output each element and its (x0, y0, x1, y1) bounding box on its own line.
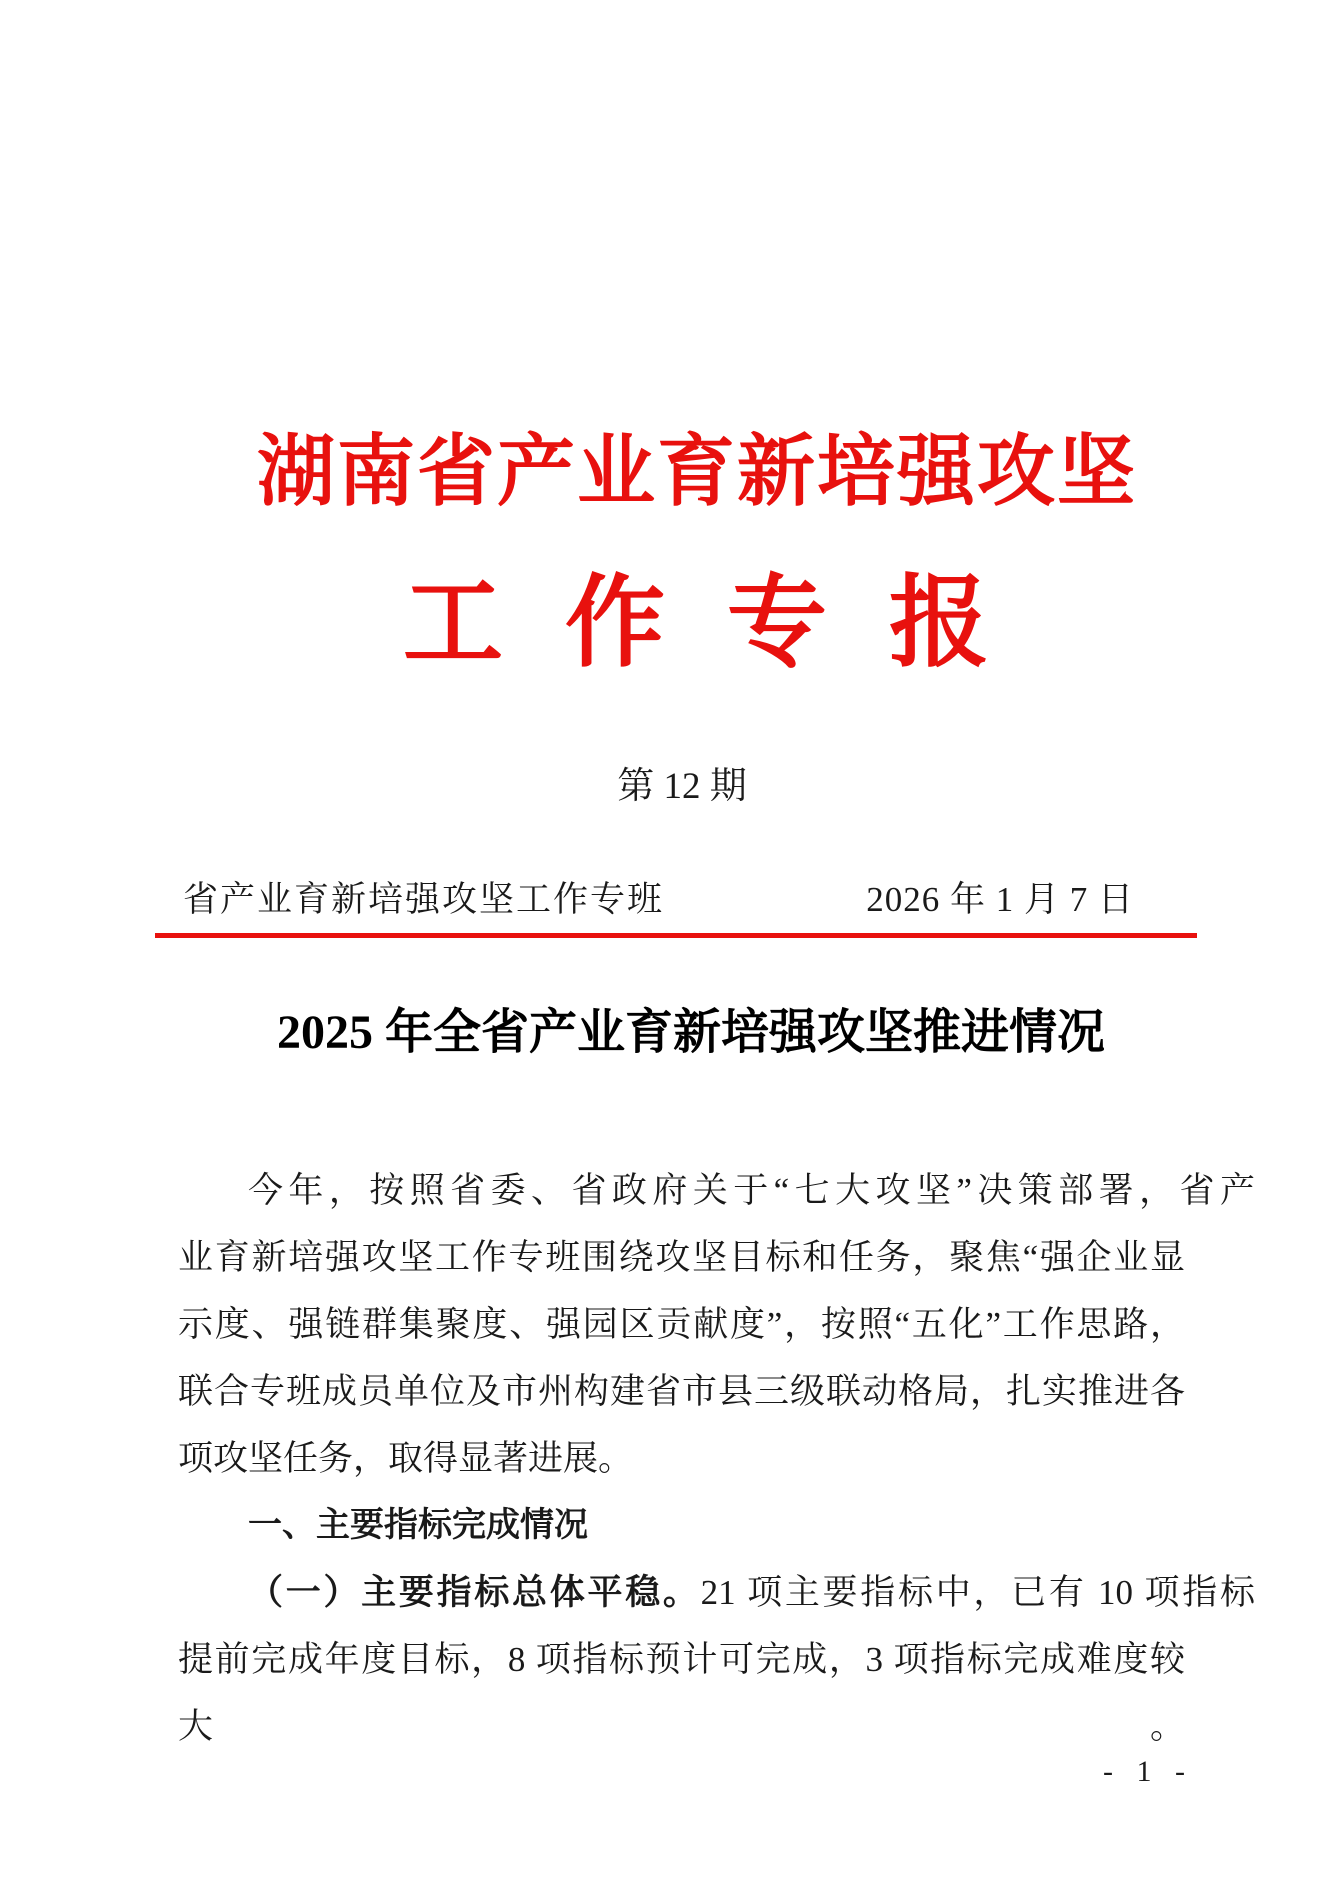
paragraph-line: 项攻坚任务，取得显著进展。 (178, 1425, 1185, 1492)
issuer-name: 省产业育新培强攻坚工作专班 (183, 874, 664, 926)
masthead-title-line1: 湖南省产业育新培强攻坚 (30, 428, 1334, 516)
paragraph-text: 21 项主要指标中，已有 10 项指标 (701, 1573, 1255, 1612)
issue-number: 第 12 期 (15, 763, 1334, 811)
paragraph-line: 联合专班成员单位及市州构建省市县三级联动格局，扎实推进各 (178, 1358, 1185, 1425)
issue-date: 2026 年 1 月 7 日 (866, 874, 1134, 926)
page-number: - 1 - (1103, 1754, 1193, 1790)
paragraph-lead: （一）主要指标总体平稳。 (248, 1573, 701, 1612)
paragraph-line: 今年，按照省委、省政府关于“七大攻坚”决策部署，省产 (178, 1157, 1255, 1224)
paragraph-line: （一）主要指标总体平稳。21 项主要指标中，已有 10 项指标 (178, 1559, 1255, 1626)
paragraph-line: 业育新培强攻坚工作专班围绕攻坚目标和任务，聚焦“强企业显 (178, 1224, 1185, 1291)
red-divider-rule (155, 933, 1197, 938)
paragraph-line: 示度、强链群集聚度、强园区贡献度”，按照“五化”工作思路， (178, 1291, 1185, 1358)
section-heading: 一、主要指标完成情况 (178, 1492, 1255, 1559)
paragraph-line: 提前完成年度目标，8 项指标预计可完成，3 项指标完成难度较大。 (178, 1626, 1185, 1760)
issue-info-row: 省产业育新培强攻坚工作专班 2026 年 1 月 7 日 (183, 874, 1134, 926)
masthead-title-line2: 工作专报 (403, 568, 1051, 680)
article-title: 2025 年全省产业育新培强攻坚推进情况 (24, 1002, 1334, 1064)
document-page: 湖南省产业育新培强攻坚 工作专报 第 12 期 省产业育新培强攻坚工作专班 20… (0, 0, 1334, 1887)
